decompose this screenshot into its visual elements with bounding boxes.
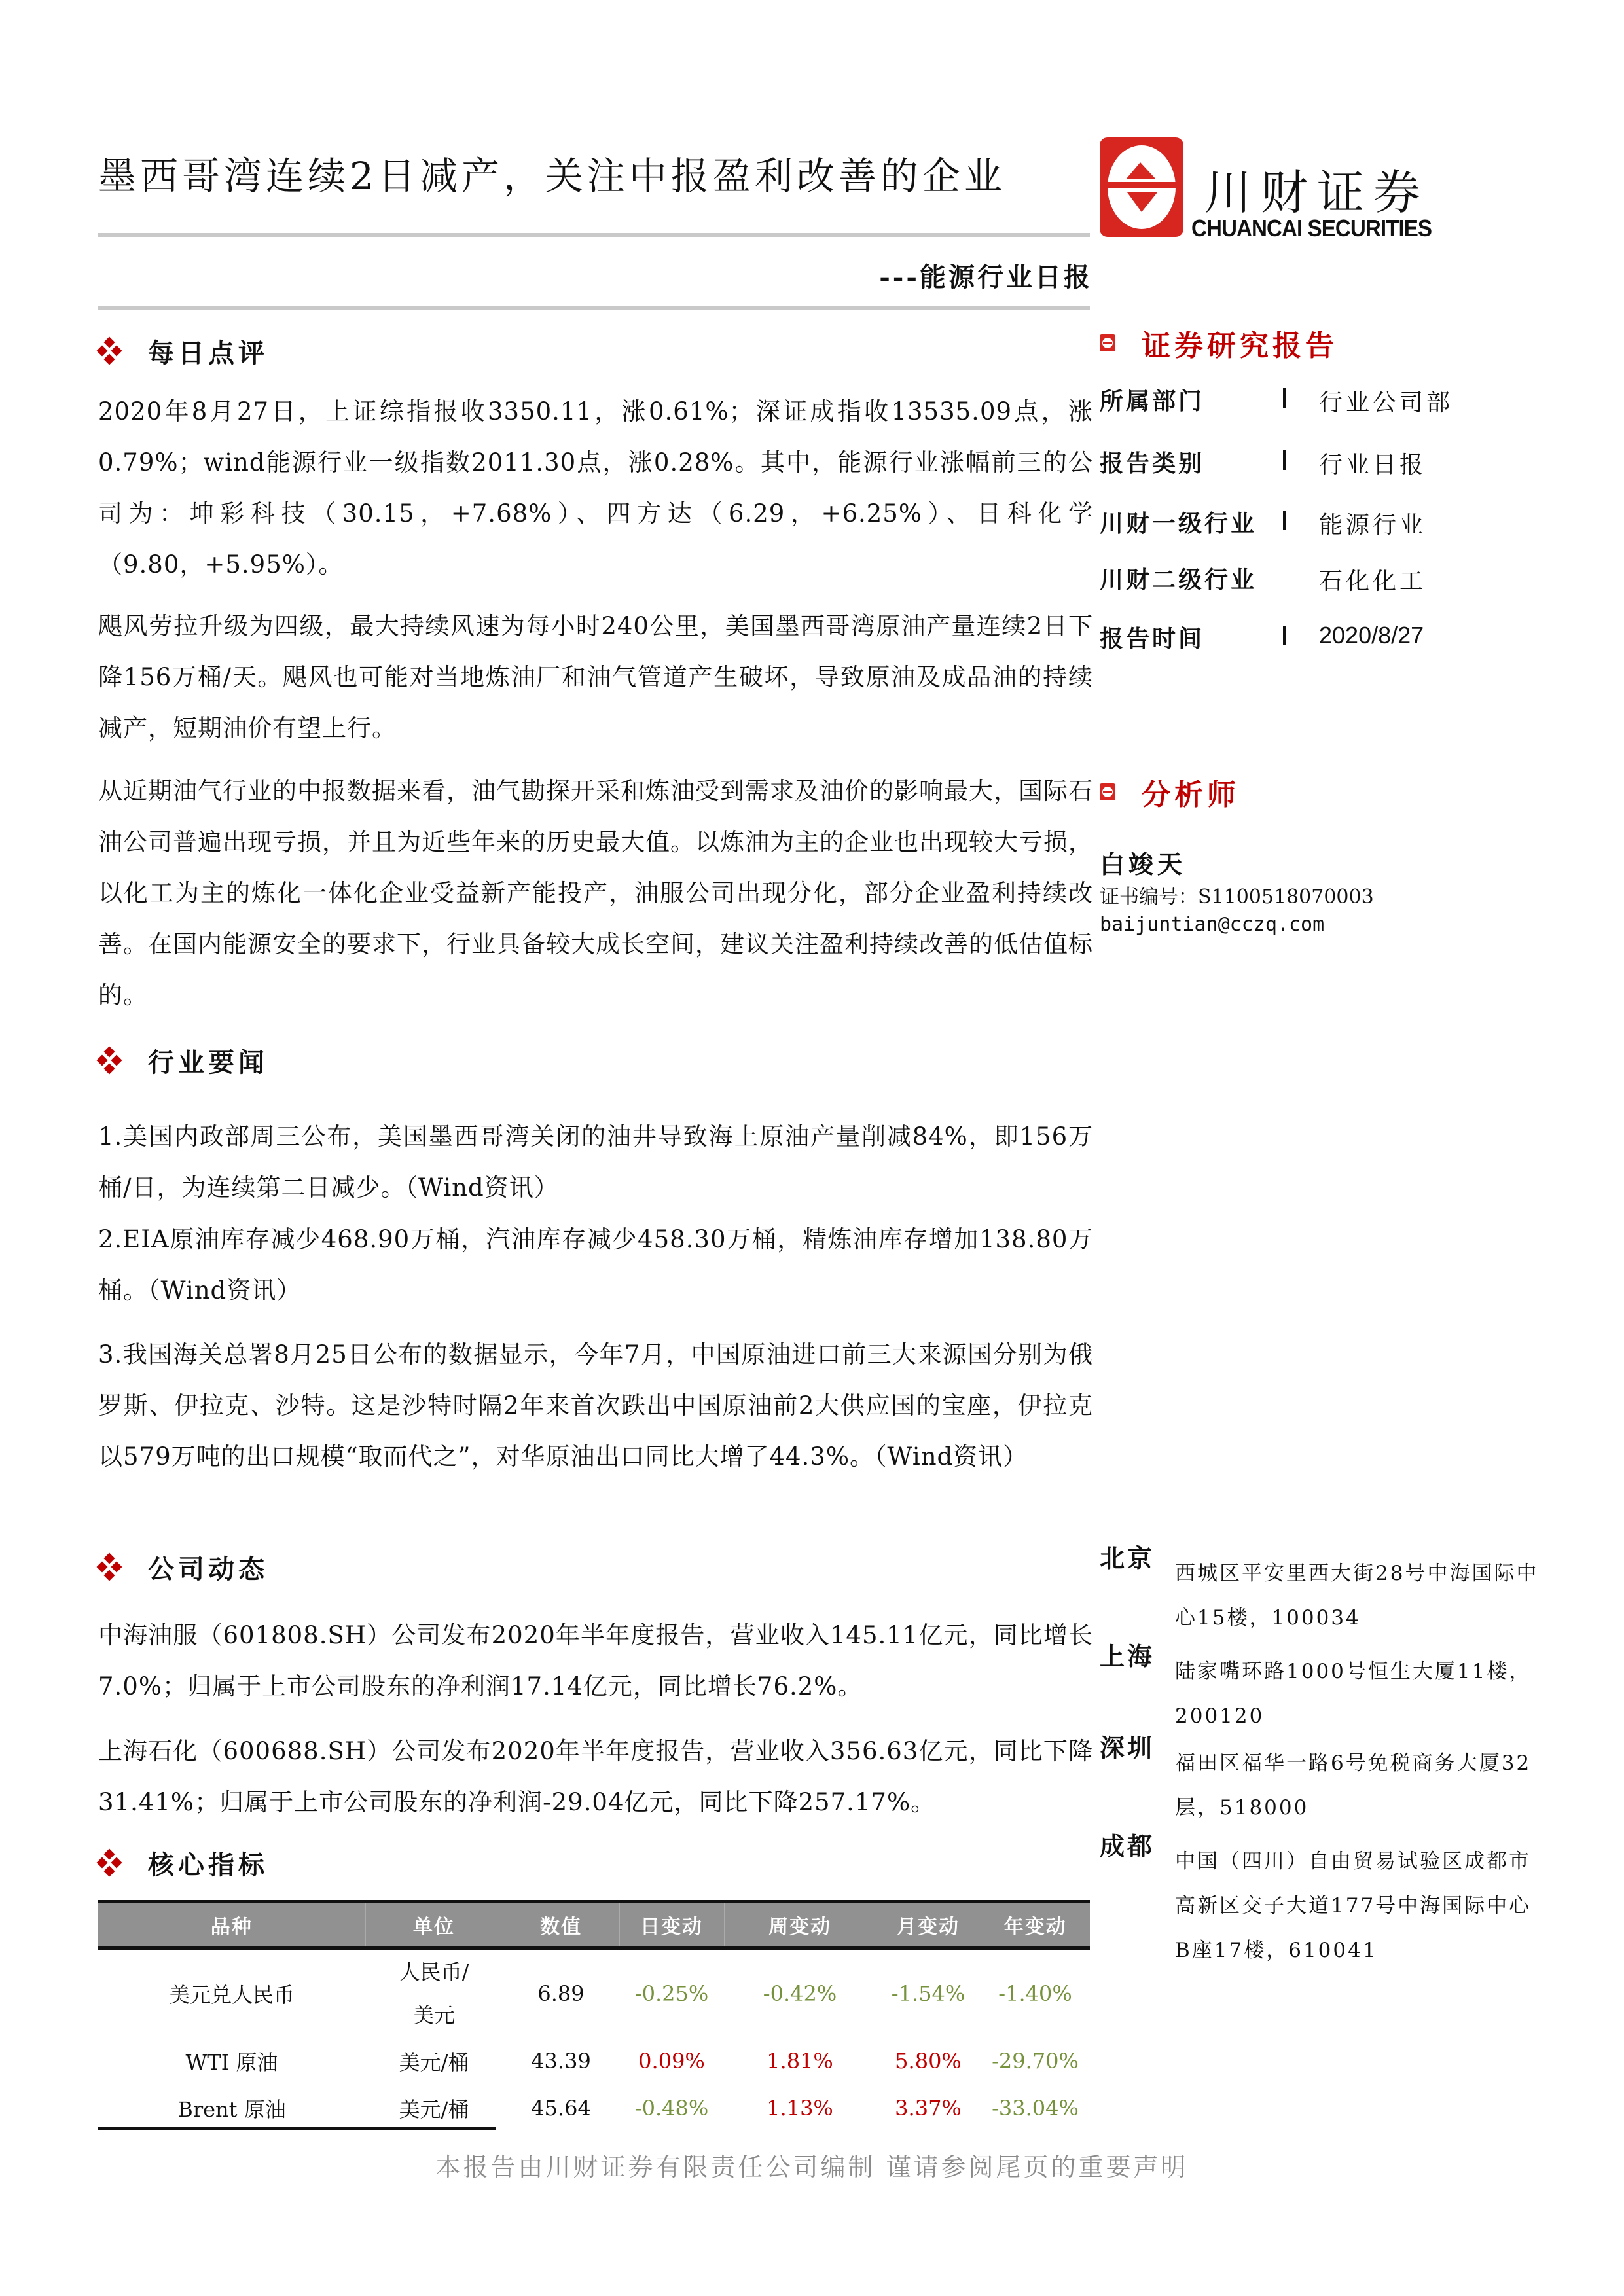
- company-news-item-1: 中海油服（601808.SH）公司发布2020年半年度报告，营业收入145.11…: [98, 1610, 1093, 1712]
- office-address: 中国（四川）自由贸易试验区成都市高新区交子大道177号中海国际中心B座17楼，6…: [1175, 1839, 1542, 1973]
- cell-variety: WTI 原油: [98, 2037, 365, 2085]
- daily-comment-paragraph-1: 2020年8月27日，上证综指报收3350.11，涨0.61%；深证成指收135…: [98, 386, 1093, 590]
- table-header-row: 品种 单位 数值 日变动 周变动 月变动 年变动: [98, 1902, 1090, 1948]
- core-indicators-table: 品种 单位 数值 日变动 周变动 月变动 年变动 美元兑人民币 人民币/ 美元 …: [98, 1900, 1090, 2132]
- meta-row-level2-industry: 川财二级行业 石化化工: [1100, 562, 1584, 601]
- column-header-weekly-change: 周变动: [724, 1902, 876, 1948]
- meta-value: 能源行业: [1319, 507, 1426, 540]
- meta-separator: [1283, 511, 1286, 530]
- meta-value: 行业公司部: [1319, 384, 1453, 418]
- office-address: 福田区福华一路6号免税商务大厦32层，518000: [1175, 1741, 1542, 1830]
- cell-monthly-change: -1.54%: [876, 1948, 981, 2038]
- logo-chinese-name: 川财证券: [1204, 154, 1430, 223]
- meta-separator: [1283, 450, 1286, 470]
- company-news-item-2: 上海石化（600688.SH）公司发布2020年半年度报告，营业收入356.63…: [98, 1726, 1093, 1828]
- industry-news-item-1: 1.美国内政部周三公布，美国墨西哥湾关闭的油井导致海上原油产量削减84%，即15…: [98, 1111, 1093, 1213]
- column-header-variety: 品种: [98, 1902, 365, 1948]
- meta-label: 川财一级行业: [1100, 505, 1257, 539]
- logo-english-name: CHUANCAI SECURITIES: [1191, 215, 1432, 242]
- report-subtitle: ---能源行业日报: [879, 257, 1092, 294]
- office-address: 西城区平安里西大街28号中海国际中心15楼，100034: [1175, 1551, 1542, 1640]
- cell-weekly-change: 1.13%: [724, 2085, 876, 2132]
- analyst-email-link[interactable]: baijuntian@cczq.com: [1100, 913, 1324, 936]
- meta-separator: [1283, 626, 1286, 645]
- meta-separator: [1283, 388, 1286, 408]
- cell-daily-change: 0.09%: [619, 2037, 724, 2085]
- section-industry-news-heading: 行业要闻: [98, 1042, 268, 1079]
- meta-label: 报告类别: [1100, 445, 1204, 478]
- cell-unit-line1: 人民币/: [365, 1950, 503, 1994]
- cell-monthly-change: 5.80%: [876, 2037, 981, 2085]
- cell-weekly-change: 1.81%: [724, 2037, 876, 2085]
- analyst-heading: 分析师: [1100, 771, 1240, 813]
- report-type-heading: 证券研究报告: [1100, 322, 1338, 364]
- table-row: Brent 原油 美元/桶 45.64 -0.48% 1.13% 3.37% -…: [98, 2085, 1090, 2132]
- cell-yearly-change: -1.40%: [981, 1948, 1090, 2038]
- cell-value: 45.64: [503, 2085, 619, 2132]
- meta-row-level1-industry: 川财一级行业 能源行业: [1100, 505, 1584, 545]
- column-header-yearly-change: 年变动: [981, 1902, 1090, 1948]
- cell-variety: Brent 原油: [98, 2085, 365, 2132]
- report-type-heading-text: 证券研究报告: [1142, 322, 1338, 364]
- table-row: WTI 原油 美元/桶 43.39 0.09% 1.81% 5.80% -29.…: [98, 2037, 1090, 2085]
- column-header-daily-change: 日变动: [619, 1902, 724, 1948]
- office-city: 上海: [1100, 1636, 1155, 1672]
- diamond-bullet-icon: [98, 1554, 120, 1581]
- cell-unit: 美元/桶: [365, 2085, 503, 2132]
- cell-daily-change: -0.48%: [619, 2085, 724, 2132]
- section-company-news-heading: 公司动态: [98, 1549, 268, 1586]
- column-header-unit: 单位: [365, 1902, 503, 1948]
- cell-weekly-change: -0.42%: [724, 1948, 876, 2038]
- cell-monthly-change: 3.37%: [876, 2085, 981, 2132]
- industry-news-item-2: 2.EIA原油库存减少468.90万桶，汽油库存减少458.30万桶，精炼油库存…: [98, 1214, 1093, 1316]
- section-core-indicators-heading: 核心指标: [98, 1844, 268, 1882]
- meta-label: 川财二级行业: [1100, 562, 1257, 595]
- meta-value: 行业日报: [1319, 446, 1426, 480]
- chuancai-mini-logo-icon: [1100, 783, 1115, 800]
- section-daily-comment-heading: 每日点评: [98, 332, 268, 370]
- cell-yearly-change: -29.70%: [981, 2037, 1090, 2085]
- analyst-certificate: 证书编号：S1100518070003: [1100, 880, 1374, 909]
- office-city: 深圳: [1100, 1728, 1155, 1764]
- table-row: 美元兑人民币 人民币/ 美元 6.89 -0.25% -0.42% -1.54%…: [98, 1948, 1090, 2038]
- diamond-bullet-icon: [98, 1850, 120, 1876]
- cell-variety: 美元兑人民币: [98, 1948, 365, 2038]
- daily-comment-paragraph-2: 飓风劳拉升级为四级，最大持续风速为每小时240公里，美国墨西哥湾原油产量连续2日…: [98, 601, 1093, 754]
- section-heading-text: 公司动态: [148, 1549, 268, 1586]
- section-heading-text: 行业要闻: [148, 1042, 268, 1079]
- diamond-bullet-icon: [98, 338, 120, 365]
- office-city: 成都: [1100, 1826, 1155, 1862]
- column-header-monthly-change: 月变动: [876, 1902, 981, 1948]
- meta-row-report-type: 报告类别 行业日报: [1100, 445, 1584, 484]
- cell-unit: 人民币/ 美元: [365, 1948, 503, 2038]
- footer-disclaimer: 本报告由川财证券有限责任公司编制 谨请参阅尾页的重要声明: [0, 2147, 1624, 2183]
- cell-value: 6.89: [503, 1948, 619, 2038]
- subtitle-divider: [98, 306, 1090, 310]
- cell-unit-line2: 美元: [365, 1994, 503, 2037]
- column-header-value: 数值: [503, 1902, 619, 1948]
- table-bottom-rule: [98, 2127, 496, 2130]
- section-heading-text: 每日点评: [148, 332, 268, 370]
- section-heading-text: 核心指标: [148, 1844, 268, 1882]
- industry-news-item-3: 3.我国海关总署8月25日公布的数据显示，今年7月，中国原油进口前三大来源国分别…: [98, 1329, 1093, 1482]
- chuancai-logo-icon: [1100, 137, 1183, 237]
- cell-unit: 美元/桶: [365, 2037, 503, 2085]
- office-address: 陆家嘴环路1000号恒生大厦11楼，200120: [1175, 1649, 1542, 1738]
- report-title: 墨西哥湾连续2日减产，关注中报盈利改善的企业: [98, 145, 1006, 200]
- analyst-name: 白竣天: [1100, 844, 1186, 880]
- meta-label: 所属部门: [1100, 383, 1204, 416]
- meta-label: 报告时间: [1100, 620, 1204, 654]
- meta-value: 石化化工: [1319, 563, 1426, 596]
- office-city: 北京: [1100, 1538, 1155, 1574]
- chuancai-mini-logo-icon: [1100, 334, 1115, 351]
- daily-comment-paragraph-3: 从近期油气行业的中报数据来看，油气勘探开采和炼油受到需求及油价的影响最大，国际石…: [98, 766, 1093, 1021]
- cell-value: 43.39: [503, 2037, 619, 2085]
- meta-row-report-date: 报告时间 2020/8/27: [1100, 620, 1584, 660]
- cell-yearly-change: -33.04%: [981, 2085, 1090, 2132]
- meta-row-department: 所属部门 行业公司部: [1100, 383, 1584, 422]
- diamond-bullet-icon: [98, 1048, 120, 1074]
- analyst-heading-text: 分析师: [1142, 771, 1240, 813]
- meta-value: 2020/8/27: [1319, 622, 1424, 649]
- cell-daily-change: -0.25%: [619, 1948, 724, 2038]
- title-divider: [98, 233, 1090, 237]
